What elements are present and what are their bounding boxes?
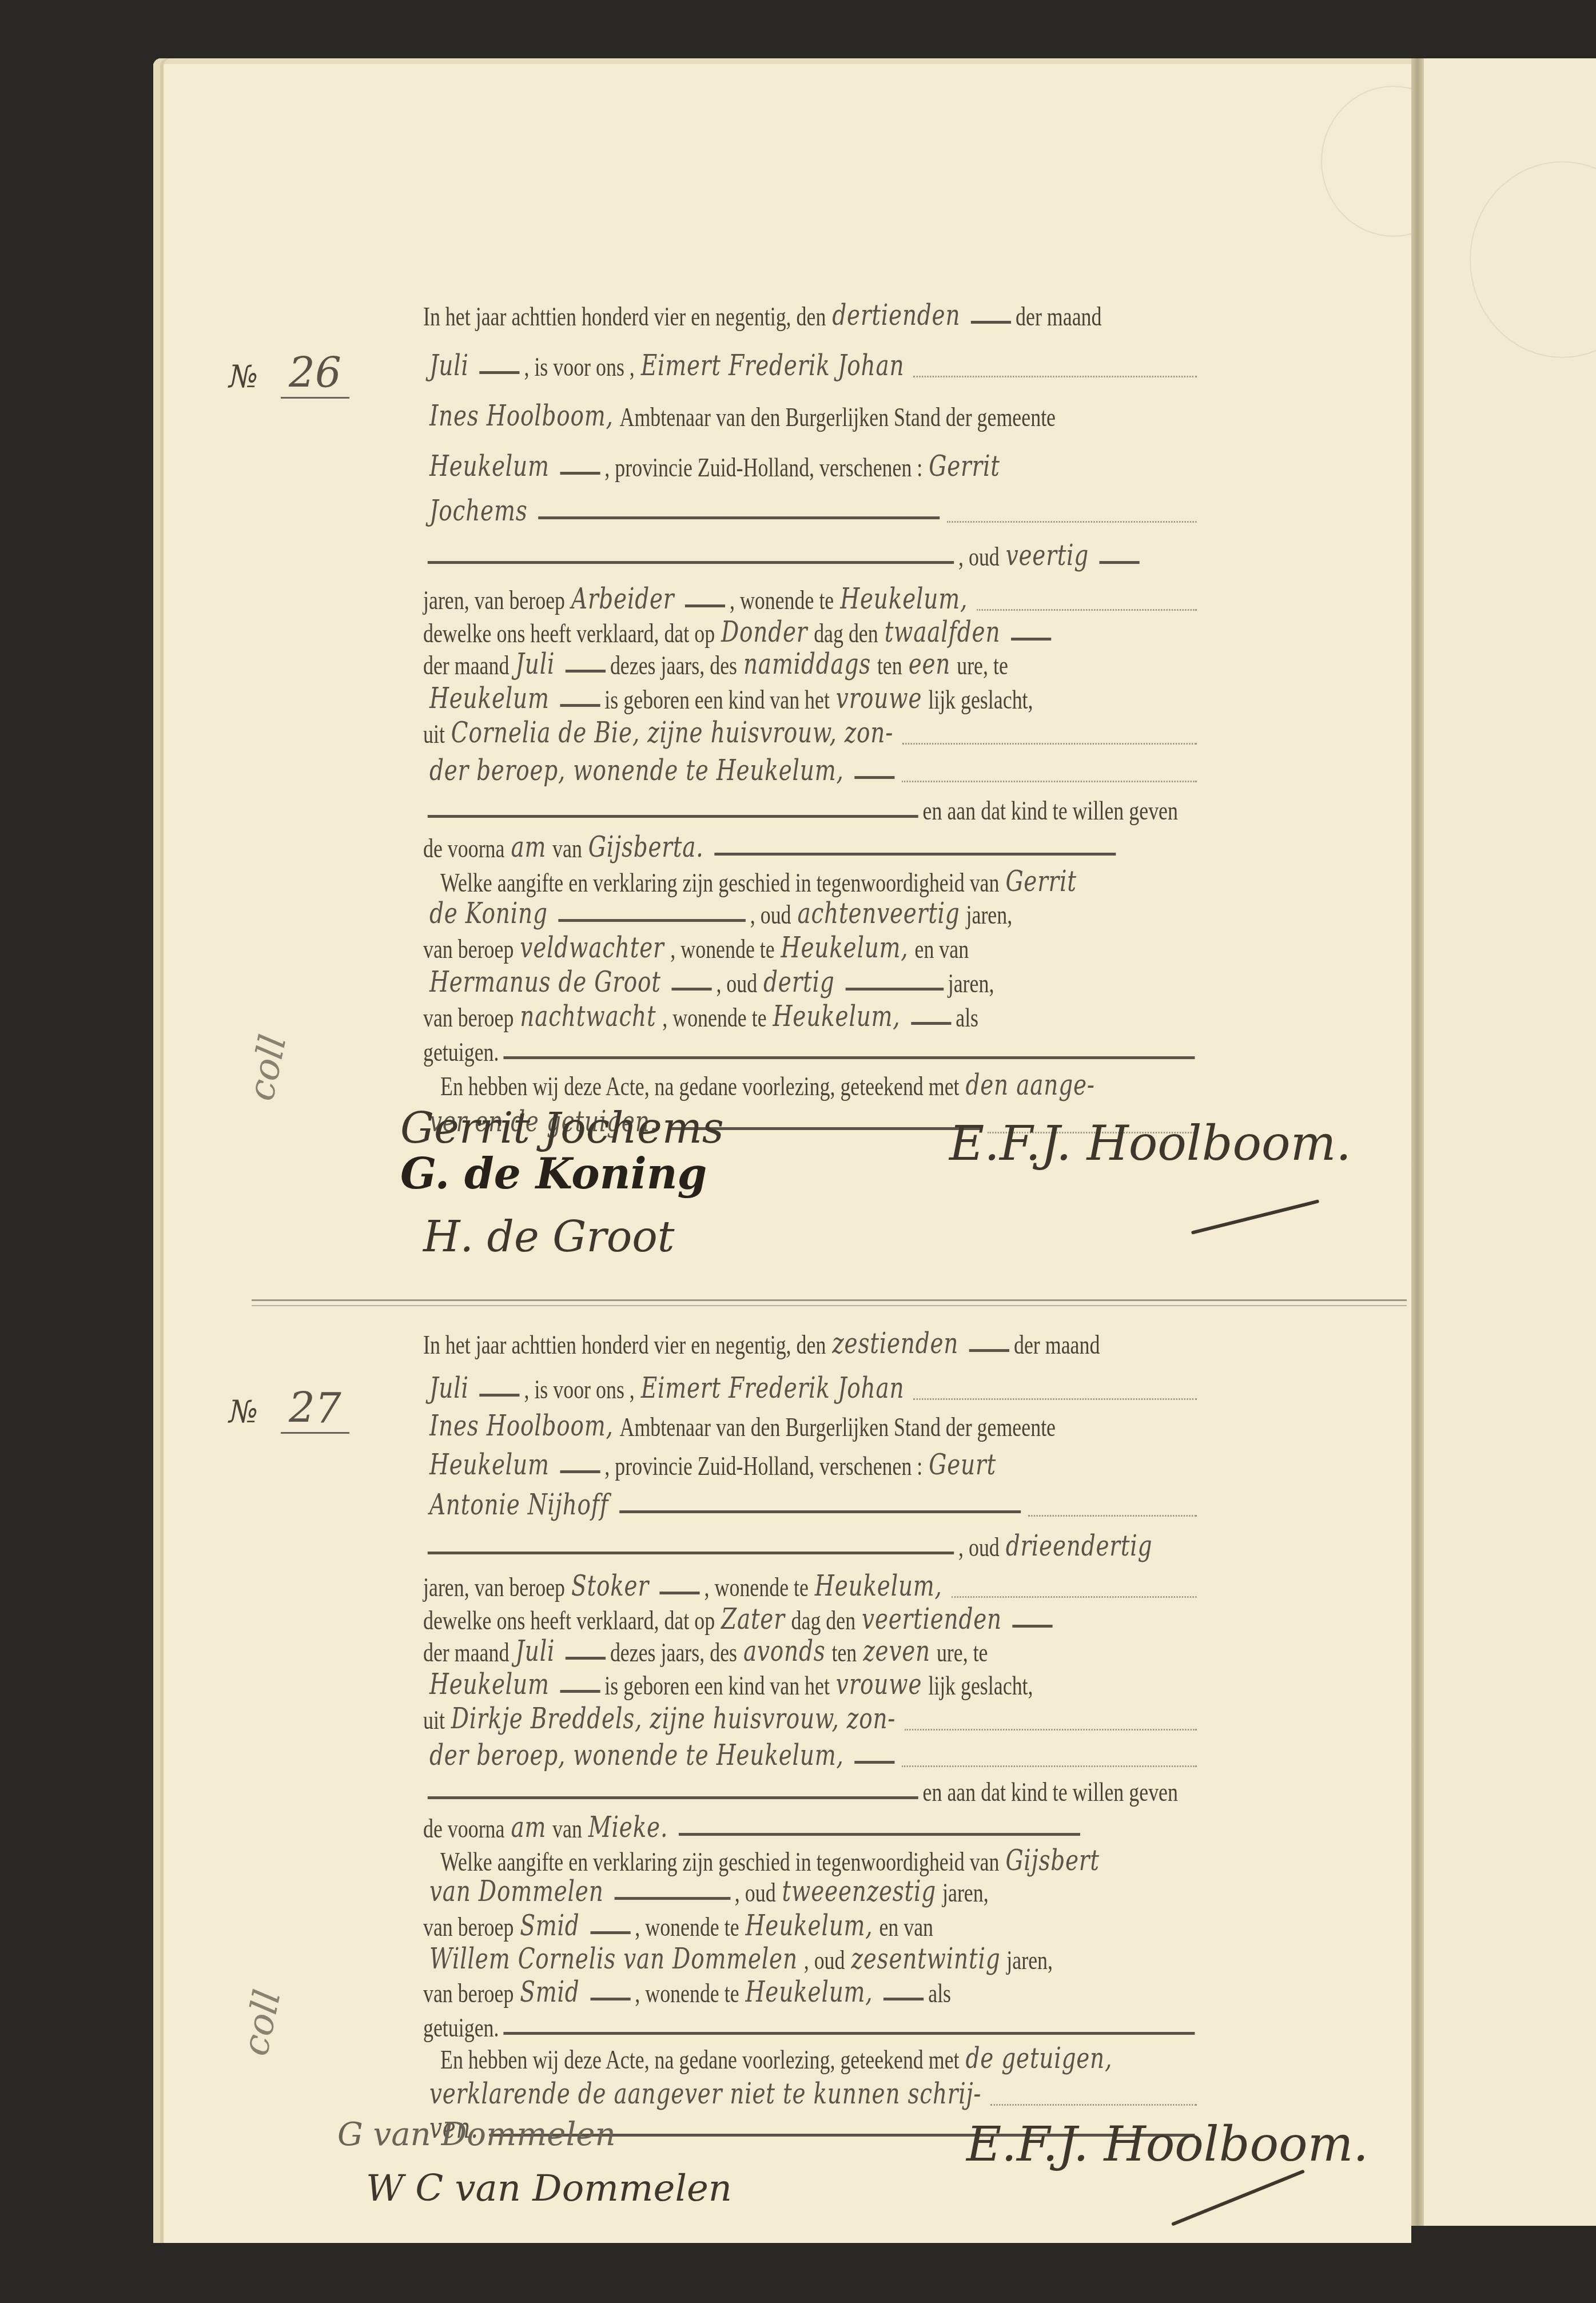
line-11: uitDirkje Breddels, zijne huisvrouw, zon…: [423, 1701, 1199, 1735]
line-14: de voornaamvanMieke.: [423, 1809, 1199, 1844]
line-10: Heukelumis geboren een kind van hetvrouw…: [423, 681, 1199, 715]
line-1: In het jaar achttien honderd vier en neg…: [423, 297, 1199, 332]
line-18: Willem Cornelis van Dommelen, oudzesentw…: [423, 1941, 1199, 1975]
book-gutter: [1411, 58, 1424, 2226]
embossed-seal: [1470, 161, 1596, 358]
line-6: , ouddrieendertig: [423, 1528, 1199, 1562]
line-7: jaren, van beroepArbeider, wonende teHeu…: [423, 581, 1199, 615]
line-7: jaren, van beroepStoker, wonende teHeuke…: [423, 1568, 1199, 1602]
line-15: Welke aangifte en verklaring zijn geschi…: [440, 864, 1216, 898]
line-14: de voornaamvanGijsberta.: [423, 829, 1199, 864]
line-17: van beroepveldwachter, wonende teHeukelu…: [423, 930, 1199, 964]
line-8: dewelke ons heeft verklaard, dat opZater…: [423, 1601, 1199, 1636]
signature-declarant: Gerrit Jochems: [400, 1104, 724, 1153]
line-17: van beroepSmid, wonende teHeukelum,en va…: [423, 1908, 1199, 1942]
record-number: №27: [229, 1384, 349, 1432]
line-1: In het jaar achttien honderd vier en neg…: [423, 1326, 1199, 1360]
next-page-edge: [1424, 58, 1596, 2226]
signature-witness-1: G. de Koning: [400, 1149, 707, 1199]
line-20: getuigen.: [423, 1033, 1199, 1067]
line-3: Ines Hoolboom,Ambtenaar van den Burgerli…: [423, 1408, 1199, 1442]
line-18: Hermanus de Groot, ouddertigjaren,: [423, 964, 1199, 999]
line-22: verklarende de aangever niet te kunnen s…: [423, 2076, 1199, 2110]
line-20: getuigen.: [423, 2008, 1199, 2043]
line-4: Heukelum, provincie Zuid-Holland, versch…: [423, 1447, 1199, 1481]
line-15: Welke aangifte en verklaring zijn geschi…: [440, 1843, 1216, 1877]
line-6: , oudveertig: [423, 538, 1199, 572]
line-19: van beroepSmid, wonende teHeukelum,als: [423, 1974, 1199, 2008]
line-2: Juli, is voor ons ,Eimert Frederik Johan: [423, 1370, 1199, 1405]
signature-official: E.F.J. Hoolboom.: [966, 2116, 1368, 2172]
line-10: Heukelumis geboren een kind van hetvrouw…: [423, 1666, 1199, 1701]
line-11: uitCornelia de Bie, zijne huisvrouw, zon…: [423, 715, 1199, 749]
record-separator: [252, 1299, 1407, 1301]
signature-official: E.F.J. Hoolboom.: [949, 1115, 1351, 1171]
line-9: der maandJulidezes jaars, desnamiddagste…: [423, 646, 1199, 681]
line-2: Juli, is voor ons ,Eimert Frederik Johan: [423, 348, 1199, 382]
line-12: der beroep, wonende te Heukelum,: [423, 753, 1199, 787]
line-13: en aan dat kind te willen geven: [423, 1773, 1199, 1807]
line-19: van beroepnachtwacht, wonende teHeukelum…: [423, 999, 1199, 1033]
line-16: van Dommelen, oudtweeenzestigjaren,: [423, 1874, 1199, 1908]
signature-witness-2: H. de Groot: [423, 1212, 675, 1262]
line-5: Jochems: [423, 493, 1199, 527]
signature-witness-2: W C van Dommelen: [366, 2167, 732, 2210]
record-number: №26: [229, 349, 349, 397]
record-separator: [252, 1305, 1407, 1306]
line-13: en aan dat kind te willen geven: [423, 791, 1199, 826]
signature-witness-1: G van Dommelen: [337, 2116, 616, 2153]
line-9: der maandJulidezes jaars, desavondstenze…: [423, 1633, 1199, 1668]
line-21: En hebben wij deze Acte, na gedane voorl…: [440, 2041, 1216, 2075]
line-12: der beroep, wonende te Heukelum,: [423, 1737, 1199, 1772]
line-3: Ines Hoolboom,Ambtenaar van den Burgerli…: [423, 398, 1199, 432]
line-4: Heukelum, provincie Zuid-Holland, versch…: [423, 448, 1199, 483]
line-8: dewelke ons heeft verklaard, dat opDonde…: [423, 614, 1199, 649]
line-5: Antonie Nijhoff: [423, 1487, 1199, 1521]
line-21: En hebben wij deze Acte, na gedane voorl…: [440, 1067, 1216, 1101]
line-16: de Koning, oudachtenveertigjaren,: [423, 896, 1199, 930]
